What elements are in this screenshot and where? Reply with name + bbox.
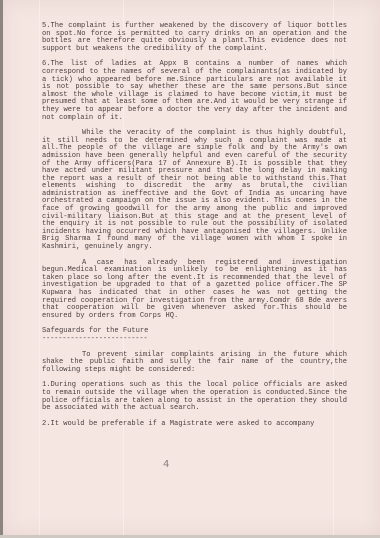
page-number: 4 bbox=[163, 459, 169, 470]
paragraph-6: 6.The list of ladies at Appx B contains … bbox=[42, 61, 347, 122]
section-heading: Safeguards for the Future bbox=[42, 328, 347, 336]
section-underline: -------------------------- bbox=[42, 336, 347, 344]
paragraph-investigation: A case has already been registered and i… bbox=[42, 260, 347, 321]
paper-crease bbox=[39, 0, 40, 535]
document-page: 5.The complaint is further weakened by t… bbox=[3, 0, 380, 535]
safeguard-item-1: 1.During operations such as this the loc… bbox=[42, 382, 347, 412]
paragraph-5: 5.The complaint is further weakened by t… bbox=[42, 23, 347, 53]
safeguard-item-2: 2.It would be preferable if a Magistrate… bbox=[42, 421, 347, 429]
document-body: 5.The complaint is further weakened by t… bbox=[42, 23, 347, 436]
paragraph-veracity: While the veracity of the complaint is t… bbox=[42, 130, 347, 252]
paragraph-safeguards-intro: To prevent similar complaints arising in… bbox=[42, 352, 347, 375]
